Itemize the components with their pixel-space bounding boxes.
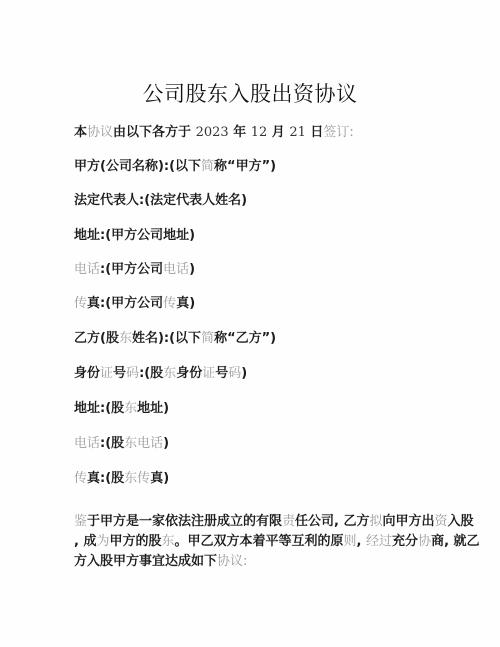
preamble-line-2: , 成为甲方的股东。甲乙双方本着平等互利的原则, 经过充分协商, 就乙	[74, 532, 494, 552]
party-b-phone-text: :(股	[100, 436, 124, 451]
party-b-phone-text: 东电话	[124, 436, 163, 451]
party-b-fax-text: 真	[150, 471, 163, 486]
preamble-text: 经过	[366, 534, 392, 549]
party-b-name-text: 姓名):(以下	[132, 331, 201, 346]
preamble-text: 甲方的股	[109, 534, 161, 549]
intro-seg: 本	[74, 125, 87, 140]
document-title: 公司股东入股出资协议	[0, 78, 500, 108]
preamble-text: 任公司, 乙方	[295, 514, 369, 529]
party-b-address-text: 地址:(股	[74, 401, 124, 416]
party-b-fax-text: )	[163, 471, 169, 486]
party-b-name-line: 乙方(股东姓名):(以下简称“乙方”)	[74, 331, 276, 347]
intro-day: 21	[289, 125, 306, 140]
preamble-text: 为	[96, 534, 109, 549]
party-a-fax-text: 传	[163, 296, 176, 311]
party-a-fax-line: 传真:(甲方公司传真)	[74, 296, 195, 312]
intro-seg: 由以下各方于	[113, 125, 196, 140]
intro-year: 2023	[196, 125, 229, 140]
preamble-text: 协议:	[217, 554, 247, 569]
party-a-fax-label: 真	[87, 296, 100, 311]
intro-seg: 月	[267, 125, 289, 140]
party-b-id-text: 号	[113, 366, 126, 381]
party-b-fax-line: 传真:(股东传真)	[74, 471, 169, 487]
intro-line: 本协议由以下各方于 2023 年 12 月 21 日签订:	[74, 125, 354, 141]
preamble-text: 责	[282, 514, 295, 529]
party-a-fax-label: 传	[74, 296, 87, 311]
preamble-line-1: 鉴于甲方是一家依法注册成立的有限责任公司, 乙方拟向甲方出资入股	[74, 512, 494, 532]
party-a-phone-text: :(甲方公司	[100, 262, 163, 277]
party-b-id-text: 身份	[74, 366, 100, 381]
intro-month: 12	[251, 125, 268, 140]
preamble-text: 鉴	[74, 514, 87, 529]
party-a-fax-text: 真	[176, 296, 189, 311]
party-b-id-text: :(股	[139, 366, 163, 381]
party-b-name-text: 乙方(股	[74, 331, 119, 346]
party-b-address-text: 东	[124, 401, 137, 416]
party-b-id-text: 东	[163, 366, 176, 381]
intro-seg: 签订:	[323, 125, 353, 140]
preamble-text: 向甲方出	[383, 514, 435, 529]
party-b-name-text: 东	[119, 331, 132, 346]
party-b-phone-line: 电话:(股东电话)	[74, 436, 169, 452]
party-b-address-line: 地址:(股东地址)	[74, 401, 169, 417]
party-a-fax-text: )	[189, 296, 195, 311]
party-b-phone-label: 电话	[74, 436, 100, 451]
party-b-id-text: )	[241, 366, 247, 381]
preamble-text: 则	[344, 534, 357, 549]
party-a-phone-line: 电话:(甲方公司电话)	[74, 262, 195, 278]
document-page: 公司股东入股出资协议 本协议由以下各方于 2023 年 12 月 21 日签订:…	[0, 0, 500, 647]
party-a-phone-text: )	[189, 262, 195, 277]
party-a-address-line: 地址:(甲方公司地址)	[74, 228, 195, 244]
party-a-phone-label: 电话	[74, 262, 100, 277]
preamble-text: , 成	[74, 534, 96, 549]
party-a-name-text: 甲方(公司名称):(以下	[74, 159, 201, 174]
party-a-name-line: 甲方(公司名称):(以下简称“甲方”)	[74, 159, 276, 175]
preamble-paragraph: 鉴于甲方是一家依法注册成立的有限责任公司, 乙方拟向甲方出资入股 , 成为甲方的…	[74, 512, 494, 572]
party-b-id-text: 码	[126, 366, 139, 381]
preamble-text: 东	[162, 534, 175, 549]
party-b-id-text: 号	[215, 366, 228, 381]
party-b-phone-text: )	[163, 436, 169, 451]
preamble-text: 。甲乙双方本着平等互利的原	[175, 534, 344, 549]
party-a-name-text: 简	[201, 159, 214, 174]
intro-seg: 日	[306, 125, 324, 140]
party-b-id-text: 身份	[176, 366, 202, 381]
party-a-name-text: 称“甲方”)	[214, 159, 276, 174]
intro-seg: 年	[229, 125, 251, 140]
party-b-id-text: 码	[228, 366, 241, 381]
party-b-fax-label: 传	[74, 471, 87, 486]
preamble-text: 于甲方是一家依法注册成立的有限	[87, 514, 282, 529]
intro-seg: 协议	[87, 125, 113, 140]
party-b-name-text: 称“乙方”)	[214, 331, 276, 346]
party-b-fax-label: 真	[87, 471, 100, 486]
party-b-address-text: 地址)	[137, 401, 169, 416]
party-a-fax-text: :(甲方公司	[100, 296, 163, 311]
preamble-text: ,	[357, 534, 366, 549]
preamble-text: 拟	[370, 514, 383, 529]
preamble-text: 资	[435, 514, 448, 529]
preamble-text: 方入股甲方事宜达成如下	[74, 554, 217, 569]
party-a-legal-rep-line: 法定代表人:(法定代表人姓名)	[74, 193, 247, 209]
preamble-text: 充分	[392, 534, 418, 549]
preamble-line-3: 方入股甲方事宜达成如下协议:	[74, 552, 494, 572]
party-b-id-text: 证	[100, 366, 113, 381]
party-b-id-text: 证	[202, 366, 215, 381]
party-b-id-line: 身份证号码:(股东身份证号码)	[74, 366, 247, 382]
party-b-name-text: 简	[201, 331, 214, 346]
party-a-phone-text: 电话	[163, 262, 189, 277]
party-b-fax-text: 东传	[124, 471, 150, 486]
preamble-text: 协	[418, 534, 431, 549]
party-b-fax-text: :(股	[100, 471, 124, 486]
preamble-text: 入股	[448, 514, 474, 529]
preamble-text: 商, 就乙	[431, 534, 479, 549]
